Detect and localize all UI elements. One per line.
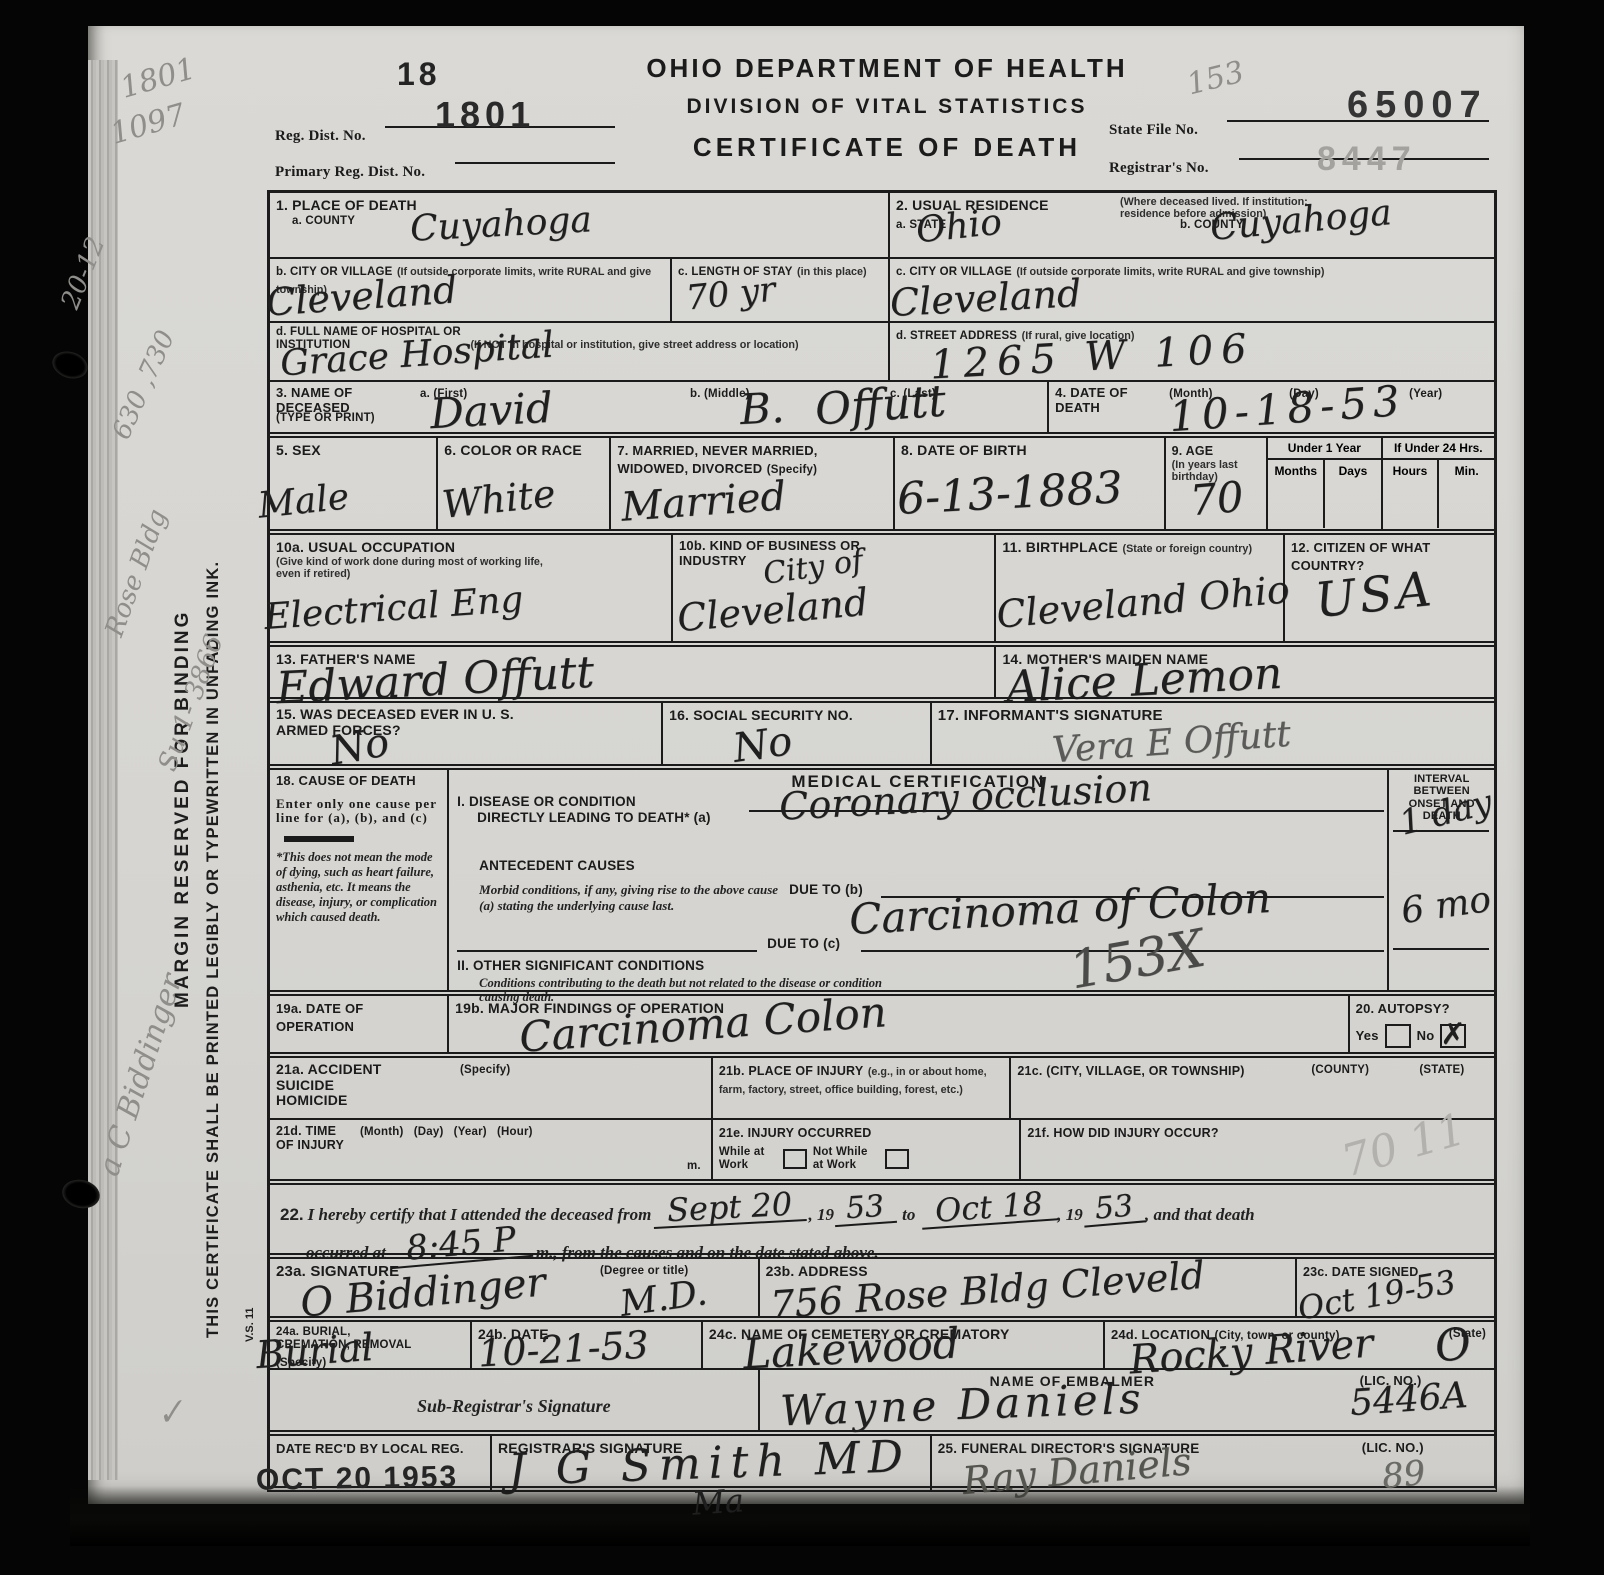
name-first-value: David	[429, 387, 554, 435]
due-c-line-left	[457, 950, 757, 952]
place-city-value: Cleveland	[265, 270, 458, 321]
under-one-year-cell: Under 1 Year Months Days	[1266, 438, 1380, 529]
certify-year-prefix-2: , 19	[1057, 1205, 1083, 1225]
place-hospital-cell: d. FULL NAME OF HOSPITAL OR INSTITUTION …	[270, 321, 888, 383]
registrar-no-value: 8447	[1317, 140, 1417, 179]
sex-cell: 5. SEX Male	[270, 438, 436, 529]
residence-city-value: Cleveland	[889, 274, 1082, 322]
while-at-work-checkbox	[783, 1149, 807, 1169]
interval-b-line	[1393, 948, 1489, 950]
birthplace-value: Cleveland Ohio	[995, 570, 1291, 633]
while-at-work-label: While at Work	[719, 1146, 777, 1172]
embalmer-cell: NAME OF EMBALMER (LIC. NO.) Wayne Daniel…	[758, 1370, 1494, 1430]
ssn-value: No	[731, 721, 795, 769]
place-county-cell: 1. PLACE OF DEATH a. COUNTY Cuyahoga	[270, 193, 888, 257]
occupation-label: 10a. USUAL OCCUPATION	[276, 539, 455, 555]
birthplace-cell: 11. BIRTHPLACE (State or foreign country…	[994, 535, 1283, 641]
marital-cell: 7. MARRIED, NEVER MARRIED, WIDOWED, DIVO…	[609, 438, 893, 529]
injury-city-label: 21c. (CITY, VILLAGE, OR TOWNSHIP)	[1017, 1064, 1244, 1078]
row-subregistrar-embalmer: Sub-Registrar's Signature NAME OF EMBALM…	[270, 1368, 1494, 1430]
certify-cell: 22. I hereby certify that I attended the…	[270, 1185, 1494, 1253]
place-stay-cell: c. LENGTH OF STAY (in this place) 70 yr	[670, 259, 888, 321]
scan-bottom-shadow	[70, 1486, 1530, 1546]
death-date-year-label: (Year)	[1409, 388, 1442, 401]
primary-reg-dist-label: Primary Reg. Dist. No.	[275, 164, 425, 181]
state-file-label: State File No.	[1109, 122, 1198, 139]
row-certify-statement: 22. I hereby certify that I attended the…	[270, 1179, 1494, 1253]
age-cell: 9. AGE (In years last birthday) 70	[1164, 438, 1267, 529]
certify-year-1: 53	[833, 1191, 897, 1227]
industry-value-line2: Cleveland	[676, 583, 870, 638]
injury-how-label: 21f. HOW DID INJURY OCCUR?	[1027, 1126, 1218, 1140]
state-file-value: 65007	[1347, 84, 1488, 127]
row-parents: 13. FATHER'S NAME Edward Offutt 14. MOTH…	[270, 641, 1494, 697]
race-cell: 6. COLOR OR RACE White	[436, 438, 609, 529]
row-place-residence: 1. PLACE OF DEATH a. COUNTY Cuyahoga b. …	[270, 190, 1494, 380]
hours-column-label: Hours	[1383, 460, 1438, 528]
place-title: 1. PLACE OF DEATH	[276, 197, 417, 213]
occupation-cell: 10a. USUAL OCCUPATION (Give kind of work…	[270, 535, 671, 641]
division-title: DIVISION OF VITAL STATISTICS	[567, 95, 1207, 119]
date-received-label: DATE REC'D BY LOCAL REG.	[276, 1441, 464, 1456]
birth-date-value: 6-13-1883	[896, 466, 1124, 522]
autopsy-options: Yes No ✗	[1356, 1024, 1488, 1048]
autopsy-yes-label: Yes	[1356, 1029, 1379, 1044]
certificate-header: 18 Reg. Dist. No. 1801 Primary Reg. Dist…	[267, 40, 1497, 190]
certify-number: 22.	[280, 1205, 304, 1225]
injury-state-label: (STATE)	[1419, 1064, 1464, 1077]
disease-label-line1: I. DISEASE OR CONDITION	[457, 794, 636, 809]
certificate-form: 1. PLACE OF DEATH a. COUNTY Cuyahoga b. …	[267, 190, 1497, 1492]
row-operation: 19a. DATE OF OPERATION 19b. MAJOR FINDIN…	[270, 990, 1494, 1052]
name-last-value: Offutt	[814, 379, 948, 432]
due-b-value: Carcinoma of Colon	[848, 877, 1272, 941]
cause-enter-note: Enter only one cause per line for (a), (…	[276, 797, 441, 826]
injury-how-cell: 21f. HOW DID INJURY OCCUR? 70 11	[1019, 1120, 1494, 1179]
under-24hrs-cell: If Under 24 Hrs. Hours Min.	[1381, 438, 1494, 529]
operation-date-cell: 19a. DATE OF OPERATION	[270, 996, 447, 1052]
residence-state-county-cell: 2. USUAL RESIDENCE (Where deceased lived…	[890, 193, 1494, 257]
cause-of-death-sidebar: 18. CAUSE OF DEATH Enter only one cause …	[270, 770, 447, 990]
registrar-signature-extra: Ma	[691, 1484, 745, 1520]
mother-cell: 14. MOTHER'S MAIDEN NAME Alice Lemon	[994, 647, 1494, 697]
other-conditions-label: II. OTHER SIGNIFICANT CONDITIONS	[457, 958, 704, 973]
birth-date-cell: 8. DATE OF BIRTH 6-13-1883	[893, 438, 1164, 529]
autopsy-no-checkbox: ✗	[1440, 1024, 1466, 1048]
reg-dist-hw-number: 18	[397, 56, 441, 93]
certify-to-value: Oct 18	[920, 1186, 1058, 1229]
subregistrar-cell: Sub-Registrar's Signature	[270, 1370, 758, 1430]
injury-county-label: (COUNTY)	[1311, 1064, 1369, 1077]
certify-text-2: , and that death	[1145, 1205, 1255, 1225]
interval-cell: INTERVAL BETWEEN ONSET AND DEATH 1 day 6…	[1387, 770, 1494, 990]
accident-label: 21a. ACCIDENT SUICIDE HOMICIDE	[276, 1062, 406, 1109]
certifier-address-cell: 23b. ADDRESS 756 Rose Bldg Cleveld	[758, 1259, 1295, 1316]
sex-label: 5. SEX	[276, 442, 321, 458]
row-disposition: 24a. BURIAL, CREMATION, REMOVAL (Specify…	[270, 1316, 1494, 1368]
place-city-cell: b. CITY OR VILLAGE (If outside corporate…	[270, 259, 670, 321]
funeral-director-cell: 25. FUNERAL DIRECTOR'S SIGNATURE (LIC. N…	[930, 1436, 1494, 1492]
injury-how-pencil-note: 70 11	[1338, 1107, 1471, 1184]
father-cell: 13. FATHER'S NAME Edward Offutt	[270, 647, 994, 697]
name-label: 3. NAME OF DECEASED	[276, 386, 396, 415]
citizen-cell: 12. CITIZEN OF WHAT COUNTRY? USA	[1283, 535, 1494, 641]
death-date-cell: 4. DATE OF DEATH (Month) (Day) (Year) 10…	[1047, 382, 1494, 432]
citizen-value: USA	[1313, 565, 1437, 625]
registrar-signature-cell: REGISTRAR'S SIGNATURE J G Smith MD Ma	[490, 1436, 930, 1492]
scanned-death-certificate: MARGIN RESERVED FOR BINDING THIS CERTIFI…	[0, 0, 1604, 1575]
autopsy-label: 20. AUTOPSY?	[1356, 1001, 1450, 1016]
informant-label: 17. INFORMANT'S SIGNATURE	[938, 707, 1163, 724]
injury-occurred-label: 21e. INJURY OCCURRED	[719, 1126, 872, 1140]
cause-mode-note: *This does not mean the mode of dying, s…	[276, 850, 441, 925]
industry-cell: 10b. KIND OF BUSINESS OR INDUSTRY City o…	[671, 535, 994, 641]
name-middle-value: B.	[739, 387, 785, 431]
reg-dist-label: Reg. Dist. No.	[275, 128, 366, 145]
injury-time-m-label: m.	[687, 1160, 701, 1173]
autopsy-cell: 20. AUTOPSY? Yes No ✗	[1348, 996, 1494, 1052]
dept-title: OHIO DEPARTMENT OF HEALTH	[567, 54, 1207, 83]
birthplace-label: 11. BIRTHPLACE	[1002, 539, 1118, 555]
certify-year-2: 53	[1082, 1190, 1147, 1227]
informant-cell: 17. INFORMANT'S SIGNATURE Vera E Offutt	[930, 703, 1494, 764]
injury-place-cell: 21b. PLACE OF INJURY (e.g., in or about …	[711, 1058, 1010, 1118]
usual-residence-section: 2. USUAL RESIDENCE (Where deceased lived…	[888, 193, 1494, 380]
row-injury-type: 21a. ACCIDENT SUICIDE HOMICIDE (Specify)…	[270, 1052, 1494, 1118]
place-stay-note: (in this place)	[797, 266, 867, 278]
sex-value: Male	[256, 479, 350, 524]
burial-date-cell: 24b. DATE 10-21-53	[470, 1322, 701, 1368]
armed-forces-label: 15. WAS DECEASED EVER IN U. S. ARMED FOR…	[276, 707, 516, 738]
under-24hrs-label: If Under 24 Hrs.	[1383, 438, 1494, 460]
cemetery-cell: 24c. NAME OF CEMETERY OR CREMATORY Lakew…	[701, 1322, 1103, 1368]
race-label: 6. COLOR OR RACE	[444, 442, 582, 458]
row-vitals: 5. SEX Male 6. COLOR OR RACE White 7. MA…	[270, 432, 1494, 529]
autopsy-no-label: No	[1417, 1029, 1435, 1044]
subregistrar-label: Sub-Registrar's Signature	[276, 1396, 752, 1417]
armed-forces-cell: 15. WAS DECEASED EVER IN U. S. ARMED FOR…	[270, 703, 661, 764]
death-date-label: 4. DATE OF DEATH	[1055, 386, 1135, 415]
certify-to-label: to	[902, 1205, 915, 1225]
certify-year-prefix-1: , 19	[808, 1205, 834, 1225]
certify-line-1: 22. I hereby certify that I attended the…	[280, 1191, 1484, 1225]
birthplace-note: (State or foreign country)	[1122, 543, 1252, 555]
row-medical-certification: 18. CAUSE OF DEATH Enter only one cause …	[270, 764, 1494, 990]
age-label: 9. AGE	[1172, 444, 1214, 458]
date-received-cell: DATE REC'D BY LOCAL REG. OCT 20 1953	[270, 1436, 490, 1492]
row-service-informant: 15. WAS DECEASED EVER IN U. S. ARMED FOR…	[270, 697, 1494, 764]
place-county-value: Cuyahoga	[409, 202, 593, 247]
place-county-label: a. COUNTY	[292, 215, 355, 228]
interval-a-line	[1393, 830, 1489, 832]
place-of-death-section: 1. PLACE OF DEATH a. COUNTY Cuyahoga b. …	[270, 193, 888, 380]
burial-location-cell: 24d. LOCATION (City, town, or county) (S…	[1103, 1322, 1494, 1368]
date-signed-cell: 23c. DATE SIGNED Oct 19-53	[1295, 1259, 1494, 1316]
occupation-value: Electrical Eng	[263, 582, 524, 636]
row-certifier: 23a. SIGNATURE (Degree or title) O Biddi…	[270, 1253, 1494, 1316]
age-value: 70	[1188, 476, 1245, 522]
not-while-at-work-checkbox	[885, 1149, 909, 1169]
months-column-label: Months	[1268, 460, 1323, 528]
certify-from-value: Sept 20	[653, 1187, 808, 1229]
under-one-year-label: Under 1 Year	[1268, 438, 1380, 460]
residence-state-value: Ohio	[914, 205, 1003, 250]
reg-dist-value: 1801	[435, 94, 535, 136]
embalmer-lic-value: 5446A	[1349, 1378, 1469, 1422]
race-value: White	[441, 474, 558, 524]
autopsy-yes-checkbox	[1385, 1024, 1411, 1048]
medical-certification-cell: MEDICAL CERTIFICATION I. DISEASE OR COND…	[447, 770, 1387, 990]
residence-street-cell: d. STREET ADDRESS (If rural, give locati…	[890, 321, 1494, 383]
occupation-note: (Give kind of work done during most of w…	[276, 557, 546, 581]
morbid-note: Morbid conditions, if any, giving rise t…	[479, 882, 779, 913]
antecedent-label: ANTECEDENT CAUSES	[479, 858, 635, 873]
min-column-label: Min.	[1437, 460, 1494, 528]
days-column-label: Days	[1323, 460, 1380, 528]
injury-city-cell: 21c. (CITY, VILLAGE, OR TOWNSHIP) (COUNT…	[1009, 1058, 1494, 1118]
row-injury-time: 21d. TIME OF INJURY (Month) (Day) (Year)…	[270, 1118, 1494, 1179]
title-block: OHIO DEPARTMENT OF HEALTH DIVISION OF VI…	[567, 54, 1207, 162]
place-city-row: b. CITY OR VILLAGE (If outside corporate…	[270, 257, 888, 321]
row-name-deathdate: 3. NAME OF DECEASED (TYPE OR PRINT) a. (…	[270, 380, 1494, 432]
due-c-label: DUE TO (c)	[767, 936, 840, 951]
injury-time-columns: (Month) (Day) (Year) (Hour)	[360, 1126, 533, 1139]
place-stay-value: 70 yr	[684, 272, 777, 315]
injury-occurred-cell: 21e. INJURY OCCURRED While at Work Not W…	[711, 1120, 1020, 1179]
registrar-no-label: Registrar's No.	[1109, 160, 1209, 177]
injury-occurred-options: While at Work Not While at Work	[719, 1146, 1014, 1172]
injury-place-label: 21b. PLACE OF INJURY	[719, 1064, 864, 1078]
primary-reg-dist-line	[455, 162, 615, 164]
ssn-label: 16. SOCIAL SECURITY NO.	[669, 707, 853, 723]
disease-label-line2: DIRECTLY LEADING TO DEATH* (a)	[477, 810, 711, 825]
burial-location-state-value: O	[1433, 1322, 1473, 1370]
injury-time-cell: 21d. TIME OF INJURY (Month) (Day) (Year)…	[270, 1120, 711, 1179]
marital-value: Married	[620, 476, 788, 527]
burial-cell: 24a. BURIAL, CREMATION, REMOVAL (Specify…	[270, 1322, 470, 1368]
burial-date-value: 10-21-53	[477, 1326, 650, 1373]
autopsy-no-mark: ✗	[1440, 1020, 1465, 1050]
embalmer-value: Wayne Daniels	[779, 1378, 1145, 1433]
accident-note: (Specify)	[460, 1064, 510, 1077]
cause-divider-bar	[284, 836, 354, 842]
ssn-cell: 16. SOCIAL SECURITY NO. No	[661, 703, 930, 764]
informant-signature-value: Vera E Offutt	[1051, 717, 1292, 770]
birth-date-label: 8. DATE OF BIRTH	[901, 442, 1027, 458]
certifier-signature-cell: 23a. SIGNATURE (Degree or title) O Biddi…	[270, 1259, 758, 1316]
name-label-note: (TYPE OR PRINT)	[276, 412, 375, 425]
other-conditions-value: 153X	[1066, 923, 1209, 998]
not-while-at-work-label: Not While at Work	[813, 1146, 879, 1172]
cause-of-death-label: 18. CAUSE OF DEATH	[276, 774, 441, 789]
name-cell: 3. NAME OF DECEASED (TYPE OR PRINT) a. (…	[270, 382, 1047, 432]
accident-cell: 21a. ACCIDENT SUICIDE HOMICIDE (Specify)	[270, 1058, 711, 1118]
interval-b-value: 6 mo	[1399, 882, 1493, 930]
operation-date-label: 19a. DATE OF OPERATION	[276, 1001, 363, 1034]
residence-city-cell: c. CITY OR VILLAGE (If outside corporate…	[890, 257, 1494, 321]
operation-findings-cell: 19b. MAJOR FINDINGS OF OPERATION Carcino…	[447, 996, 1348, 1052]
injury-time-label: 21d. TIME OF INJURY	[276, 1124, 346, 1152]
hole-punch	[49, 347, 91, 383]
row-occupation: 10a. USUAL OCCUPATION (Give kind of work…	[270, 529, 1494, 641]
row-registration: DATE REC'D BY LOCAL REG. OCT 20 1953 REG…	[270, 1430, 1494, 1492]
